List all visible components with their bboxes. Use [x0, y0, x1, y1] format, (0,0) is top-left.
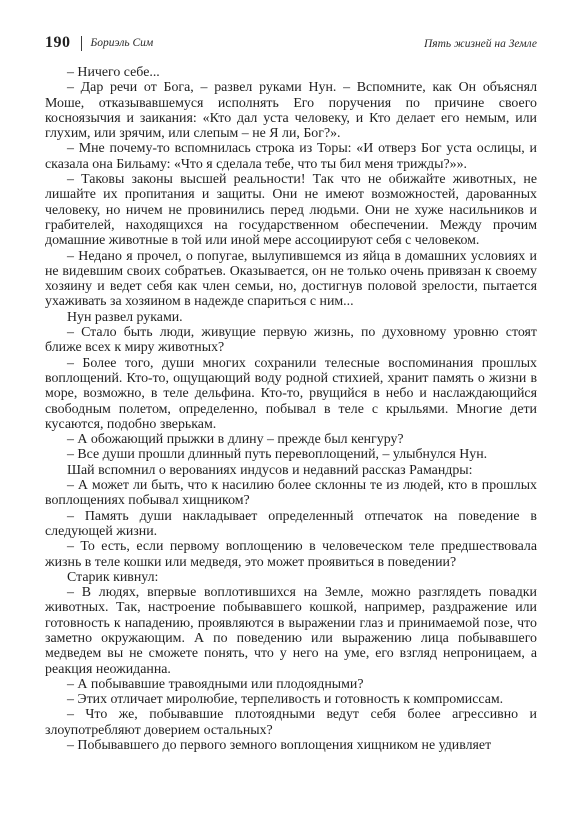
paragraph: – В людях, впервые воплотившихся на Земл…	[45, 585, 537, 677]
paragraph: – То есть, если первому воплощению в чел…	[45, 539, 537, 570]
running-author: Бориэль Сим	[91, 37, 154, 49]
paragraph: – А побывавшие травоядными или плодоядны…	[45, 677, 537, 692]
paragraph: – Более того, души многих сохранили теле…	[45, 356, 537, 432]
header-divider	[81, 36, 82, 51]
paragraph: – Память души накладывает определенный о…	[45, 509, 537, 540]
running-book-title: Пять жизней на Земле	[424, 38, 537, 50]
paragraph: – Все души прошли длинный путь перевопло…	[45, 447, 537, 462]
paragraph: – А может ли быть, что к насилию более с…	[45, 478, 537, 509]
paragraph: Старик кивнул:	[45, 570, 537, 585]
paragraph: – Стало быть люди, живущие первую жизнь,…	[45, 325, 537, 356]
book-page: 190 Бориэль Сим Пять жизней на Земле – Н…	[0, 0, 583, 827]
paragraph: – Ничего себе...	[45, 65, 537, 80]
paragraph: – Мне почему-то вспомнилась строка из То…	[45, 141, 537, 172]
paragraph: – Таковы законы высшей реальности! Так ч…	[45, 172, 537, 248]
page-number: 190	[45, 34, 71, 52]
page-body: – Ничего себе...– Дар речи от Бога, – ра…	[45, 65, 537, 753]
paragraph: – Этих отличает миролюбие, терпеливость …	[45, 692, 537, 707]
paragraph: Шай вспомнил о верованиях индусов и неда…	[45, 463, 537, 478]
paragraph: – Побывавшего до первого земного воплоще…	[45, 738, 537, 753]
header-left: 190 Бориэль Сим	[45, 34, 153, 52]
paragraph: – А обожающий прыжки в длину – прежде бы…	[45, 432, 537, 447]
paragraph: – Дар речи от Бога, – развел руками Нун.…	[45, 80, 537, 141]
paragraph: – Что же, побывавшие плотоядными ведут с…	[45, 707, 537, 738]
page-header: 190 Бориэль Сим Пять жизней на Земле	[45, 34, 537, 52]
header-right: Пять жизней на Земле	[424, 34, 537, 52]
paragraph: Нун развел руками.	[45, 310, 537, 325]
paragraph: – Недано я прочел, о попугае, вылупившем…	[45, 249, 537, 310]
